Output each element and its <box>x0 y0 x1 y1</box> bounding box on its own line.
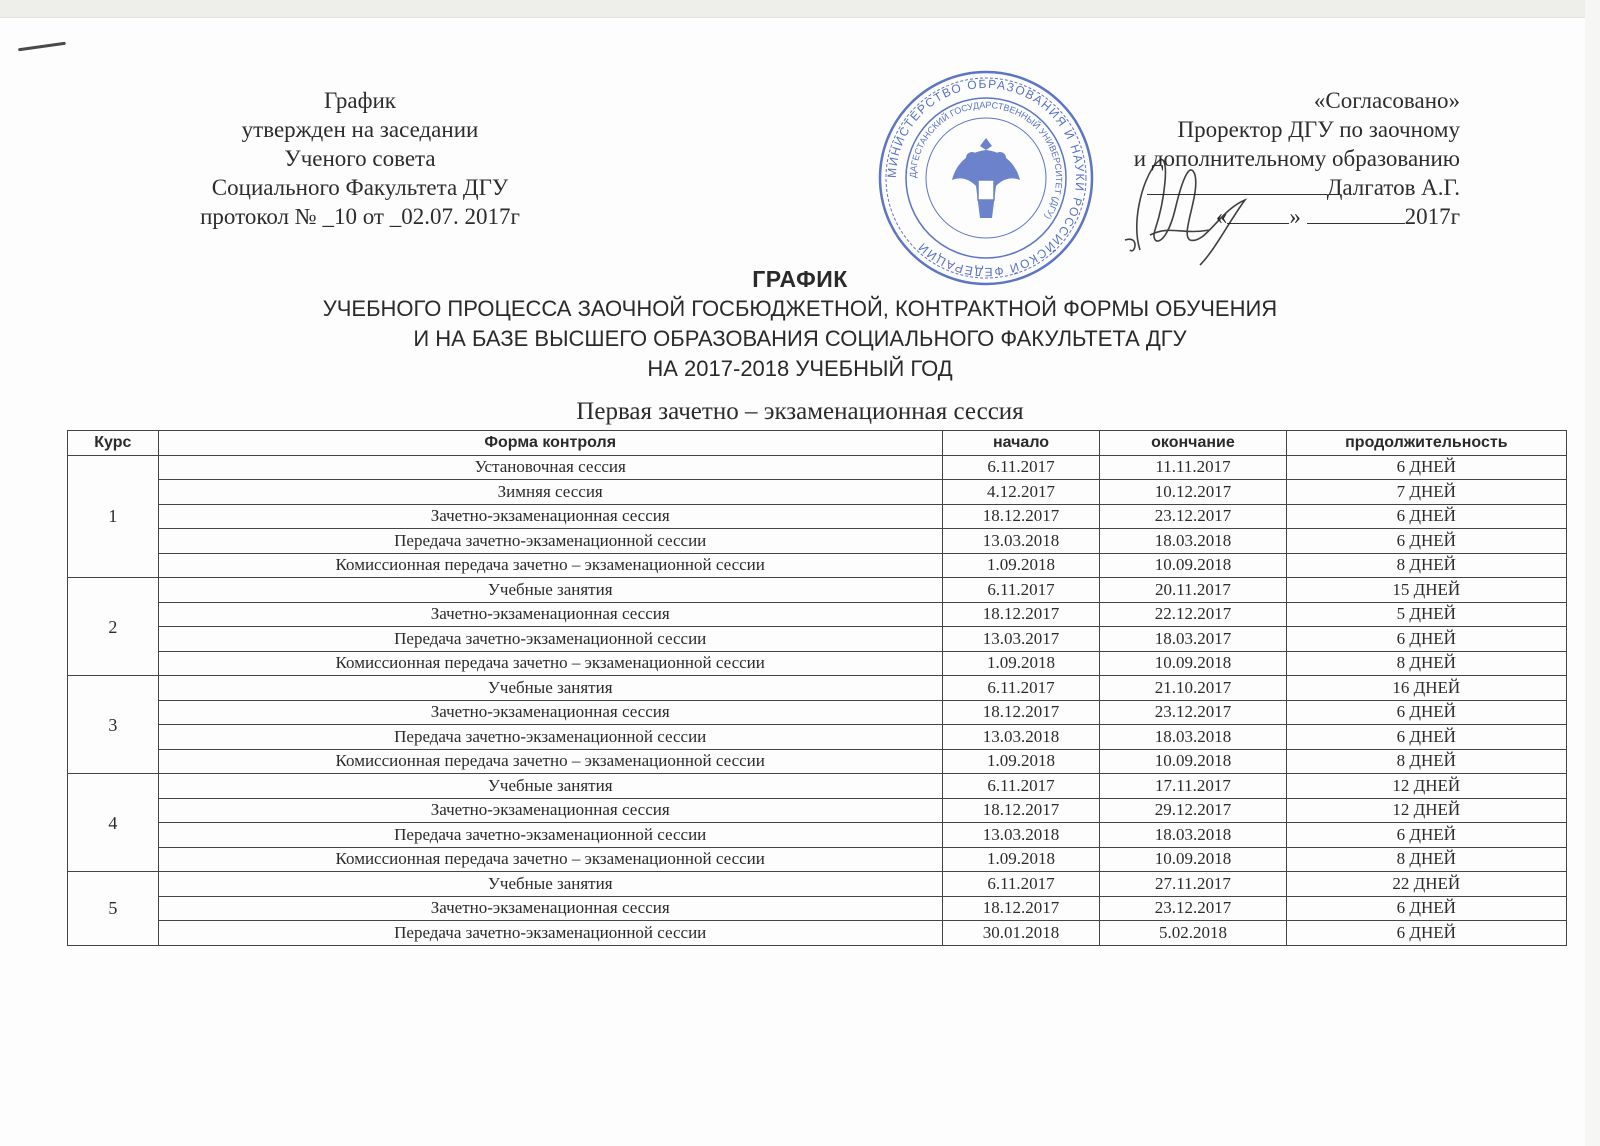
end-cell: 20.11.2017 <box>1100 578 1286 603</box>
header-duration: продолжительность <box>1286 431 1566 456</box>
form-cell: Зачетно-экзаменационная сессия <box>158 602 942 627</box>
start-cell: 18.12.2017 <box>942 602 1100 627</box>
schedule-body: 1Установочная сессия6.11.201711.11.20176… <box>68 455 1567 945</box>
form-cell: Учебные занятия <box>158 774 942 799</box>
document-subtitle-line-3: НА 2017-2018 УЧЕБНЫЙ ГОД <box>0 356 1600 382</box>
duration-cell: 15 ДНЕЙ <box>1286 578 1566 603</box>
form-cell: Комиссионная передача зачетно – экзамена… <box>158 553 942 578</box>
table-row: Передача зачетно-экзаменационной сессии3… <box>68 921 1567 946</box>
table-row: Комиссионная передача зачетно – экзамена… <box>68 651 1567 676</box>
duration-cell: 8 ДНЕЙ <box>1286 847 1566 872</box>
duration-cell: 7 ДНЕЙ <box>1286 480 1566 505</box>
start-cell: 13.03.2017 <box>942 627 1100 652</box>
duration-cell: 8 ДНЕЙ <box>1286 651 1566 676</box>
end-cell: 27.11.2017 <box>1100 872 1286 897</box>
end-cell: 11.11.2017 <box>1100 455 1286 480</box>
table-row: Передача зачетно-экзаменационной сессии1… <box>68 627 1567 652</box>
duration-cell: 6 ДНЕЙ <box>1286 504 1566 529</box>
end-cell: 18.03.2018 <box>1100 725 1286 750</box>
form-cell: Зимняя сессия <box>158 480 942 505</box>
approval-line: Социального Факультета ДГУ <box>160 173 560 202</box>
start-cell: 18.12.2017 <box>942 798 1100 823</box>
duration-cell: 12 ДНЕЙ <box>1286 774 1566 799</box>
form-cell: Передача зачетно-экзаменационной сессии <box>158 921 942 946</box>
approval-line: Ученого совета <box>160 144 560 173</box>
document-subtitle-line-2: И НА БАЗЕ ВЫСШЕГО ОБРАЗОВАНИЯ СОЦИАЛЬНОГ… <box>0 326 1600 352</box>
end-cell: 18.03.2017 <box>1100 627 1286 652</box>
duration-cell: 6 ДНЕЙ <box>1286 823 1566 848</box>
start-cell: 6.11.2017 <box>942 872 1100 897</box>
table-row: 1Установочная сессия6.11.201711.11.20176… <box>68 455 1567 480</box>
form-cell: Комиссионная передача зачетно – экзамена… <box>158 749 942 774</box>
schedule-table: Курс Форма контроля начало окончание про… <box>67 430 1567 946</box>
table-row: Зачетно-экзаменационная сессия18.12.2017… <box>68 700 1567 725</box>
table-row: Зачетно-экзаменационная сессия18.12.2017… <box>68 798 1567 823</box>
table-row: Передача зачетно-экзаменационной сессии1… <box>68 823 1567 848</box>
form-cell: Учебные занятия <box>158 676 942 701</box>
scan-top-edge <box>0 0 1585 18</box>
end-cell: 23.12.2017 <box>1100 504 1286 529</box>
end-cell: 22.12.2017 <box>1100 602 1286 627</box>
table-header-row: Курс Форма контроля начало окончание про… <box>68 431 1567 456</box>
start-cell: 6.11.2017 <box>942 676 1100 701</box>
duration-cell: 6 ДНЕЙ <box>1286 455 1566 480</box>
form-cell: Зачетно-экзаменационная сессия <box>158 700 942 725</box>
official-stamp-icon: МИНИСТЕРСТВО ОБРАЗОВАНИЯ И НАУКИ РОССИЙС… <box>876 68 1096 288</box>
form-cell: Зачетно-экзаменационная сессия <box>158 896 942 921</box>
start-cell: 1.09.2018 <box>942 749 1100 774</box>
document-subtitle-line-1: УЧЕБНОГО ПРОЦЕССА ЗАОЧНОЙ ГОСБЮДЖЕТНОЙ, … <box>0 296 1600 322</box>
kurs-cell: 3 <box>68 676 159 774</box>
start-cell: 18.12.2017 <box>942 896 1100 921</box>
form-cell: Передача зачетно-экзаменационной сессии <box>158 529 942 554</box>
start-cell: 6.11.2017 <box>942 774 1100 799</box>
table-row: 5Учебные занятия6.11.201727.11.201722 ДН… <box>68 872 1567 897</box>
header-form: Форма контроля <box>158 431 942 456</box>
duration-cell: 5 ДНЕЙ <box>1286 602 1566 627</box>
start-cell: 1.09.2018 <box>942 553 1100 578</box>
kurs-cell: 1 <box>68 455 159 578</box>
end-cell: 23.12.2017 <box>1100 700 1286 725</box>
header-start: начало <box>942 431 1100 456</box>
start-cell: 1.09.2018 <box>942 847 1100 872</box>
start-cell: 13.03.2018 <box>942 529 1100 554</box>
start-cell: 1.09.2018 <box>942 651 1100 676</box>
table-row: Зачетно-экзаменационная сессия18.12.2017… <box>68 896 1567 921</box>
duration-cell: 6 ДНЕЙ <box>1286 725 1566 750</box>
duration-cell: 6 ДНЕЙ <box>1286 627 1566 652</box>
table-row: Передача зачетно-экзаменационной сессии1… <box>68 725 1567 750</box>
date-quote-close: » <box>1289 204 1301 229</box>
start-cell: 18.12.2017 <box>942 700 1100 725</box>
start-cell: 4.12.2017 <box>942 480 1100 505</box>
end-cell: 10.09.2018 <box>1100 651 1286 676</box>
table-row: Зимняя сессия4.12.201710.12.20177 ДНЕЙ <box>68 480 1567 505</box>
start-cell: 18.12.2017 <box>942 504 1100 529</box>
approval-line: График <box>160 86 560 115</box>
approval-line: утвержден на заседании <box>160 115 560 144</box>
duration-cell: 12 ДНЕЙ <box>1286 798 1566 823</box>
form-cell: Передача зачетно-экзаменационной сессии <box>158 725 942 750</box>
document-title: ГРАФИК <box>0 266 1600 293</box>
table-row: 4Учебные занятия6.11.201717.11.201712 ДН… <box>68 774 1567 799</box>
table-row: Зачетно-экзаменационная сессия18.12.2017… <box>68 504 1567 529</box>
end-cell: 17.11.2017 <box>1100 774 1286 799</box>
kurs-cell: 5 <box>68 872 159 946</box>
kurs-cell: 4 <box>68 774 159 872</box>
table-row: 3Учебные занятия6.11.201721.10.201716 ДН… <box>68 676 1567 701</box>
signatory-name: Далгатов А.Г. <box>1327 175 1460 200</box>
end-cell: 18.03.2018 <box>1100 529 1286 554</box>
approval-line: протокол № _10 от _02.07. 2017г <box>160 202 560 231</box>
approval-block-left: График утвержден на заседании Ученого со… <box>160 86 560 231</box>
duration-cell: 6 ДНЕЙ <box>1286 896 1566 921</box>
duration-cell: 6 ДНЕЙ <box>1286 529 1566 554</box>
end-cell: 10.12.2017 <box>1100 480 1286 505</box>
table-row: Передача зачетно-экзаменационной сессии1… <box>68 529 1567 554</box>
start-cell: 13.03.2018 <box>942 725 1100 750</box>
header-end: окончание <box>1100 431 1286 456</box>
form-cell: Учебные занятия <box>158 872 942 897</box>
form-cell: Учебные занятия <box>158 578 942 603</box>
end-cell: 10.09.2018 <box>1100 553 1286 578</box>
pen-mark <box>18 42 66 52</box>
duration-cell: 6 ДНЕЙ <box>1286 700 1566 725</box>
table-row: Комиссионная передача зачетно – экзамена… <box>68 553 1567 578</box>
form-cell: Комиссионная передача зачетно – экзамена… <box>158 651 942 676</box>
form-cell: Комиссионная передача зачетно – экзамена… <box>158 847 942 872</box>
end-cell: 18.03.2018 <box>1100 823 1286 848</box>
end-cell: 21.10.2017 <box>1100 676 1286 701</box>
start-cell: 13.03.2018 <box>942 823 1100 848</box>
end-cell: 29.12.2017 <box>1100 798 1286 823</box>
table-row: Зачетно-экзаменационная сессия18.12.2017… <box>68 602 1567 627</box>
date-month-blank <box>1307 205 1405 224</box>
scan-right-edge <box>1585 0 1600 1146</box>
form-cell: Установочная сессия <box>158 455 942 480</box>
end-cell: 10.09.2018 <box>1100 847 1286 872</box>
end-cell: 5.02.2018 <box>1100 921 1286 946</box>
table-row: Комиссионная передача зачетно – экзамена… <box>68 749 1567 774</box>
form-cell: Зачетно-экзаменационная сессия <box>158 504 942 529</box>
end-cell: 23.12.2017 <box>1100 896 1286 921</box>
end-cell: 10.09.2018 <box>1100 749 1286 774</box>
duration-cell: 8 ДНЕЙ <box>1286 553 1566 578</box>
start-cell: 6.11.2017 <box>942 578 1100 603</box>
form-cell: Зачетно-экзаменационная сессия <box>158 798 942 823</box>
session-title: Первая зачетно – экзаменационная сессия <box>0 398 1600 426</box>
form-cell: Передача зачетно-экзаменационной сессии <box>158 823 942 848</box>
kurs-cell: 2 <box>68 578 159 676</box>
date-year: 2017г <box>1405 204 1460 229</box>
header-kurs: Курс <box>68 431 159 456</box>
duration-cell: 22 ДНЕЙ <box>1286 872 1566 897</box>
table-row: Комиссионная передача зачетно – экзамена… <box>68 847 1567 872</box>
signature-icon <box>1120 140 1260 270</box>
duration-cell: 6 ДНЕЙ <box>1286 921 1566 946</box>
duration-cell: 8 ДНЕЙ <box>1286 749 1566 774</box>
table-row: 2Учебные занятия6.11.201720.11.201715 ДН… <box>68 578 1567 603</box>
form-cell: Передача зачетно-экзаменационной сессии <box>158 627 942 652</box>
duration-cell: 16 ДНЕЙ <box>1286 676 1566 701</box>
start-cell: 30.01.2018 <box>942 921 1100 946</box>
start-cell: 6.11.2017 <box>942 455 1100 480</box>
